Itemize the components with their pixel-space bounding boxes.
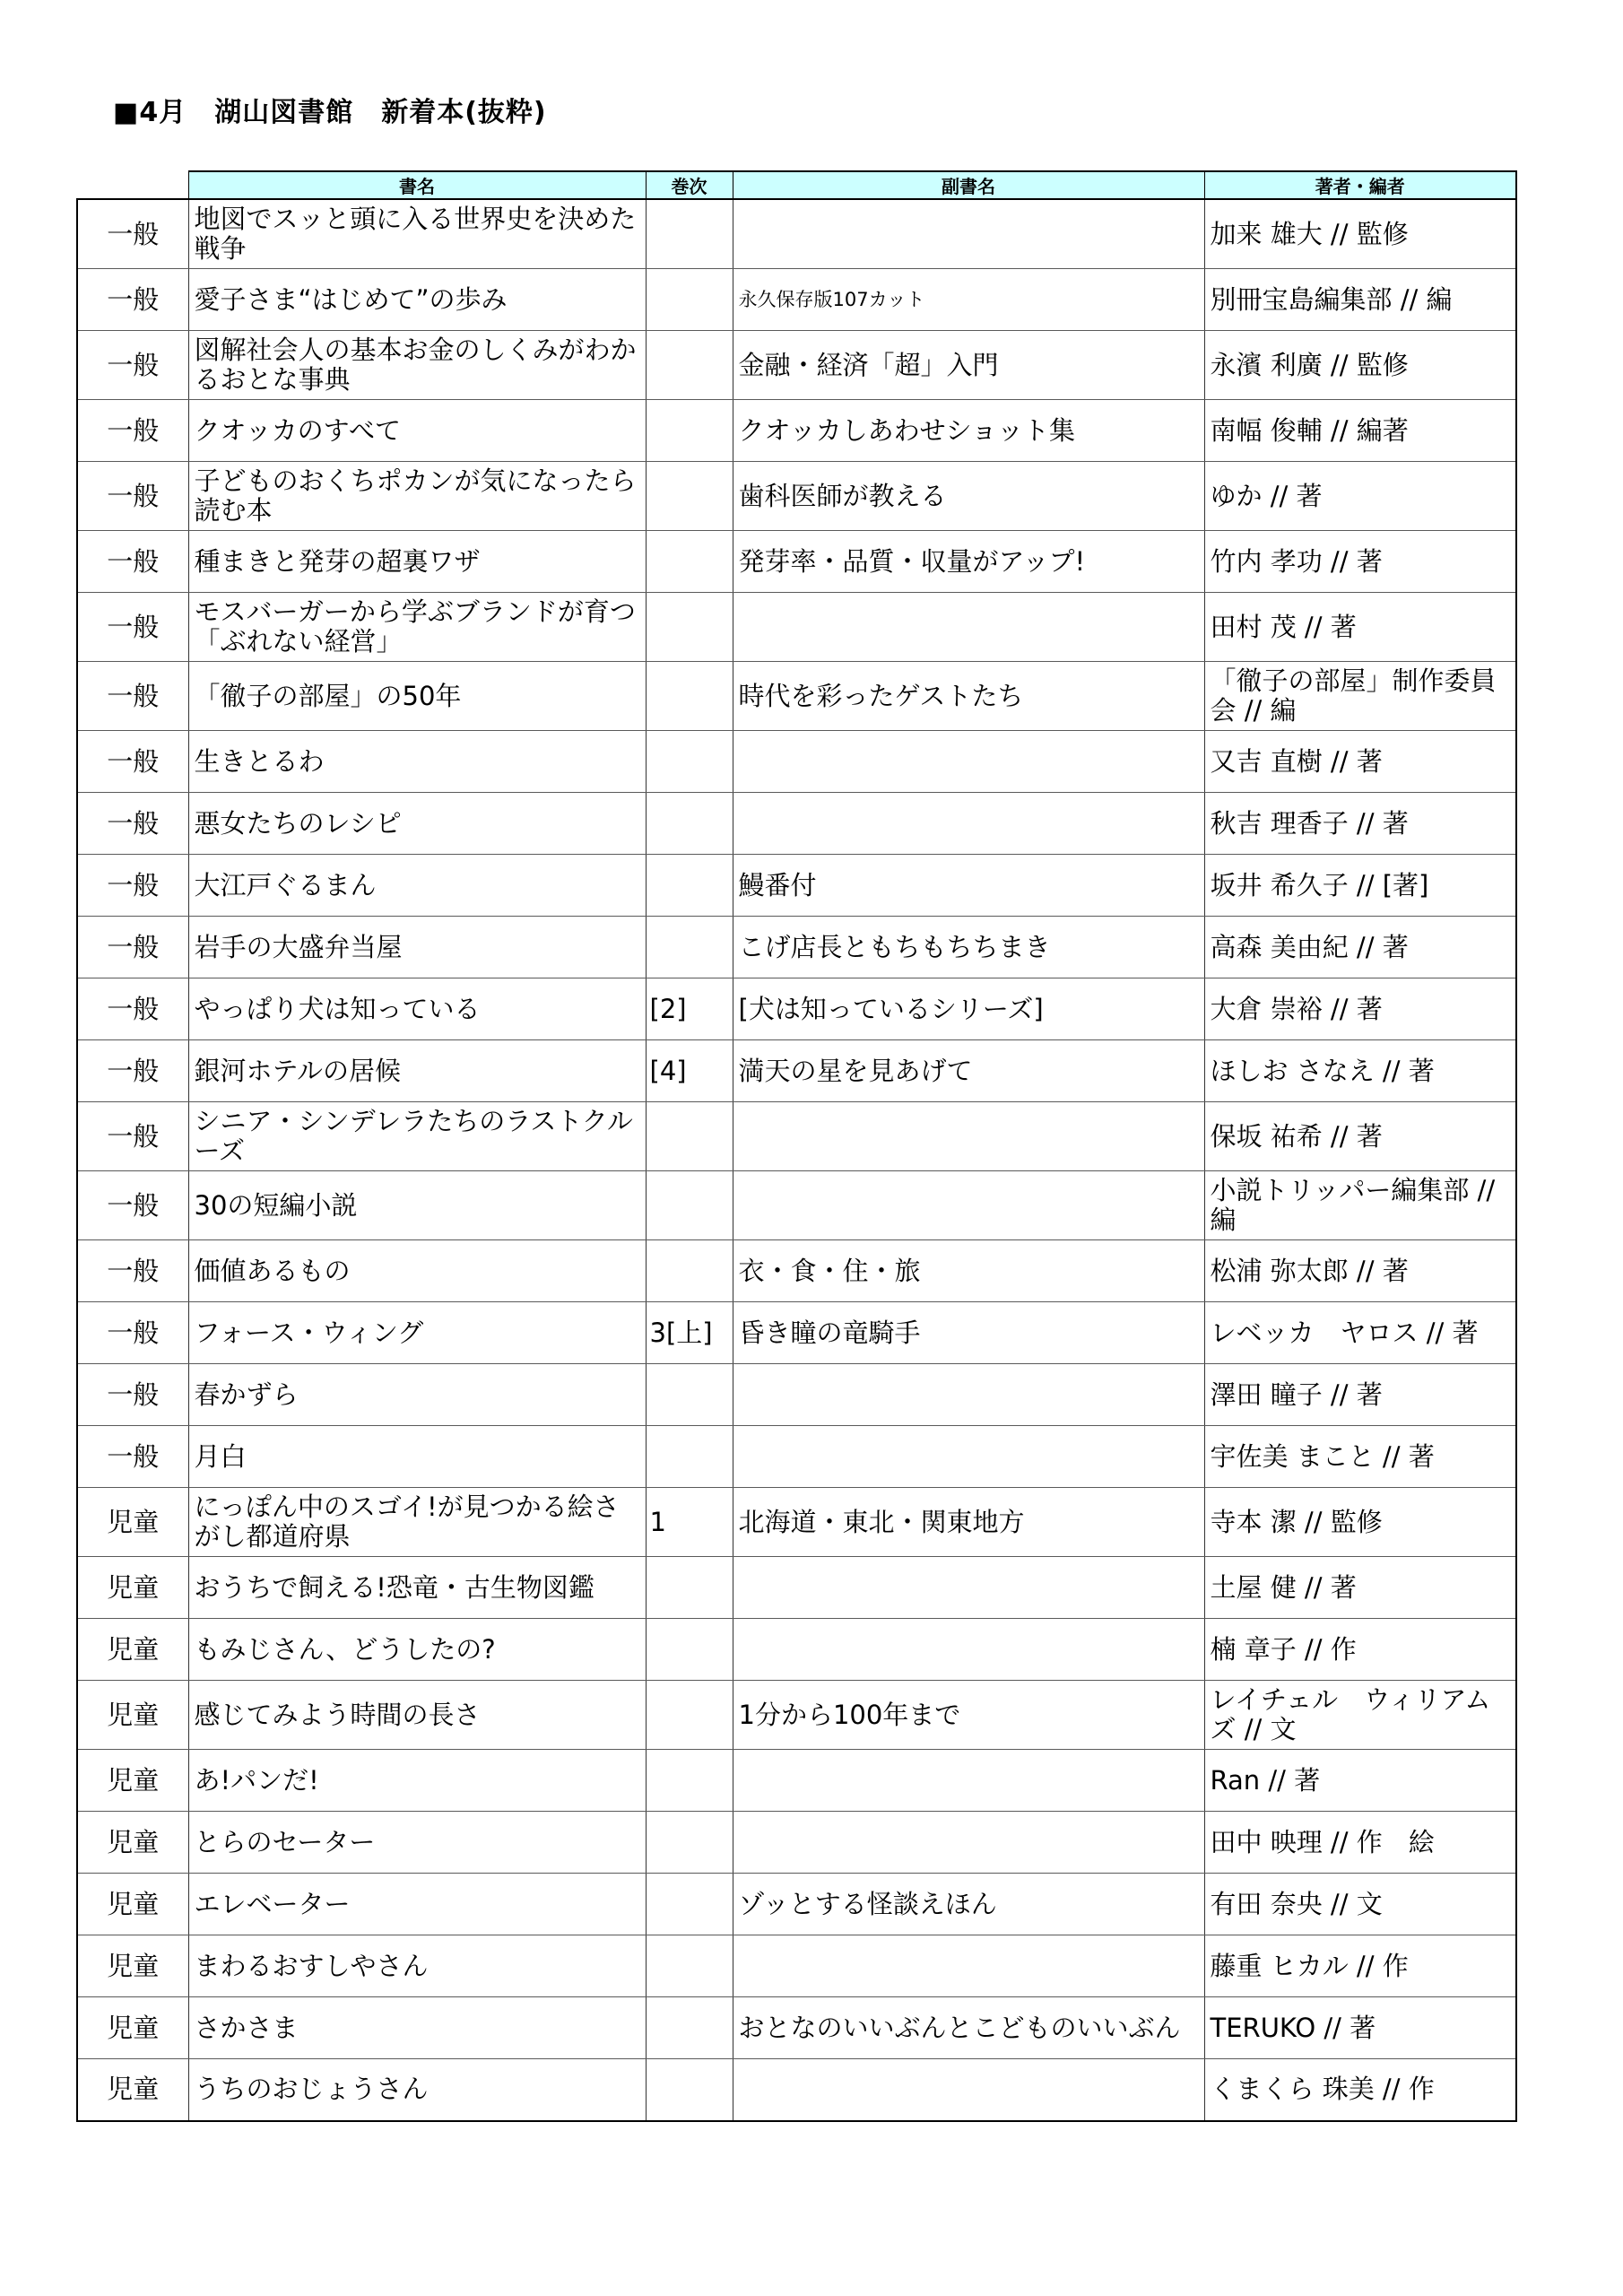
cell-author: 楠 章子 // 作 <box>1204 1619 1516 1681</box>
table-row: 一般悪女たちのレシピ秋吉 理香子 // 著 <box>77 793 1516 855</box>
cell-category: 一般 <box>77 793 188 855</box>
cell-subtitle: クオッカしあわせショット集 <box>733 400 1204 462</box>
cell-author: 土屋 健 // 著 <box>1204 1557 1516 1619</box>
cell-author: 高森 美由紀 // 著 <box>1204 917 1516 978</box>
cell-subtitle: 1分から100年まで <box>733 1681 1204 1750</box>
cell-author: レベッカ ヤロス // 著 <box>1204 1302 1516 1364</box>
cell-author: 田中 映理 // 作 絵 <box>1204 1812 1516 1874</box>
cell-category: 一般 <box>77 1426 188 1488</box>
cell-book-title: 30の短編小説 <box>188 1171 646 1240</box>
table-row: 一般フォース・ウィング3[上]昏き瞳の竜騎手レベッカ ヤロス // 著 <box>77 1302 1516 1364</box>
table-row: 一般やっぱり犬は知っている[2][犬は知っているシリーズ]大倉 崇裕 // 著 <box>77 978 1516 1040</box>
table-row: 児童まわるおすしやさん藤重 ヒカル // 作 <box>77 1935 1516 1997</box>
cell-category: 一般 <box>77 855 188 917</box>
cell-author: 加来 雄大 // 監修 <box>1204 199 1516 269</box>
header-category-spacer <box>77 171 188 199</box>
cell-category: 一般 <box>77 917 188 978</box>
cell-book-title: シニア・シンデレラたちのラストクルーズ <box>188 1102 646 1171</box>
table-row: 一般子どものおくちポカンが気になったら読む本歯科医師が教えるゆか // 著 <box>77 462 1516 531</box>
cell-subtitle <box>733 1426 1204 1488</box>
cell-category: 児童 <box>77 1681 188 1750</box>
table-row: 児童おうちで飼える!恐竜・古生物図鑑土屋 健 // 著 <box>77 1557 1516 1619</box>
table-row: 一般月白宇佐美 まこと // 著 <box>77 1426 1516 1488</box>
cell-subtitle: 鰻番付 <box>733 855 1204 917</box>
cell-book-title: とらのセーター <box>188 1812 646 1874</box>
table-row: 一般愛子さま“はじめて”の歩み永久保存版107カット別冊宝島編集部 // 編 <box>77 269 1516 331</box>
cell-category: 一般 <box>77 269 188 331</box>
cell-subtitle: 発芽率・品質・収量がアップ! <box>733 531 1204 593</box>
cell-volume <box>646 2059 733 2121</box>
cell-subtitle <box>733 1935 1204 1997</box>
cell-author: レイチェル ウィリアムズ // 文 <box>1204 1681 1516 1750</box>
cell-book-title: エレベーター <box>188 1874 646 1935</box>
cell-category: 児童 <box>77 1750 188 1812</box>
cell-book-title: おうちで飼える!恐竜・古生物図鑑 <box>188 1557 646 1619</box>
table-row: 児童にっぽん中のスゴイ!が見つかる絵さがし都道府県1北海道・東北・関東地方寺本 … <box>77 1488 1516 1557</box>
cell-category: 一般 <box>77 662 188 731</box>
cell-category: 一般 <box>77 531 188 593</box>
cell-author: 松浦 弥太郎 // 著 <box>1204 1240 1516 1302</box>
cell-author: 有田 奈央 // 文 <box>1204 1874 1516 1935</box>
cell-author: 宇佐美 まこと // 著 <box>1204 1426 1516 1488</box>
cell-volume: 3[上] <box>646 1302 733 1364</box>
cell-book-title: 月白 <box>188 1426 646 1488</box>
cell-author: 大倉 崇裕 // 著 <box>1204 978 1516 1040</box>
cell-volume <box>646 1240 733 1302</box>
cell-category: 児童 <box>77 1874 188 1935</box>
cell-book-title: にっぽん中のスゴイ!が見つかる絵さがし都道府県 <box>188 1488 646 1557</box>
cell-volume <box>646 1750 733 1812</box>
cell-subtitle: 衣・食・住・旅 <box>733 1240 1204 1302</box>
cell-subtitle <box>733 1557 1204 1619</box>
cell-subtitle: 昏き瞳の竜騎手 <box>733 1302 1204 1364</box>
table-row: 児童もみじさん、どうしたの?楠 章子 // 作 <box>77 1619 1516 1681</box>
cell-subtitle: 北海道・東北・関東地方 <box>733 1488 1204 1557</box>
cell-volume <box>646 1426 733 1488</box>
cell-volume <box>646 1997 733 2059</box>
cell-volume <box>646 1171 733 1240</box>
cell-book-title: うちのおじょうさん <box>188 2059 646 2121</box>
cell-subtitle <box>733 1102 1204 1171</box>
document-page: ■4月 湖山図書館 新着本(抜粋) 書名 巻次 副書名 著者・編者 一般地図でス… <box>0 0 1623 2296</box>
table-row: 児童あ!パンだ!Ran // 著 <box>77 1750 1516 1812</box>
cell-volume <box>646 462 733 531</box>
cell-category: 児童 <box>77 1488 188 1557</box>
cell-author: 別冊宝島編集部 // 編 <box>1204 269 1516 331</box>
cell-author: 藤重 ヒカル // 作 <box>1204 1935 1516 1997</box>
cell-subtitle: 時代を彩ったゲストたち <box>733 662 1204 731</box>
cell-volume: [2] <box>646 978 733 1040</box>
table-row: 一般クオッカのすべてクオッカしあわせショット集南幅 俊輔 // 編著 <box>77 400 1516 462</box>
cell-author: ほしお さなえ // 著 <box>1204 1040 1516 1102</box>
cell-book-title: もみじさん、どうしたの? <box>188 1619 646 1681</box>
header-volume: 巻次 <box>646 171 733 199</box>
cell-category: 児童 <box>77 1557 188 1619</box>
cell-category: 児童 <box>77 2059 188 2121</box>
cell-category: 児童 <box>77 1935 188 1997</box>
table-row: 一般「徹子の部屋」の50年時代を彩ったゲストたち「徹子の部屋」制作委員会 // … <box>77 662 1516 731</box>
cell-category: 一般 <box>77 400 188 462</box>
new-arrivals-table: 書名 巻次 副書名 著者・編者 一般地図でスッと頭に入る世界史を決めた戦争加来 … <box>76 170 1517 2122</box>
header-author-editor: 著者・編者 <box>1204 171 1516 199</box>
cell-volume <box>646 269 733 331</box>
table-row: 一般春かずら澤田 瞳子 // 著 <box>77 1364 1516 1426</box>
cell-subtitle: こげ店長ともちもちちまき <box>733 917 1204 978</box>
cell-author: 竹内 孝功 // 著 <box>1204 531 1516 593</box>
cell-subtitle <box>733 1750 1204 1812</box>
cell-volume <box>646 917 733 978</box>
cell-author: 「徹子の部屋」制作委員会 // 編 <box>1204 662 1516 731</box>
cell-volume <box>646 1935 733 1997</box>
cell-subtitle: 満天の星を見あげて <box>733 1040 1204 1102</box>
table-row: 一般モスバーガーから学ぶブランドが育つ「ぶれない経営」田村 茂 // 著 <box>77 593 1516 662</box>
cell-subtitle: [犬は知っているシリーズ] <box>733 978 1204 1040</box>
cell-subtitle <box>733 593 1204 662</box>
header-book-title: 書名 <box>188 171 646 199</box>
cell-book-title: 種まきと発芽の超裏ワザ <box>188 531 646 593</box>
cell-category: 児童 <box>77 1812 188 1874</box>
cell-volume <box>646 1619 733 1681</box>
cell-volume <box>646 662 733 731</box>
cell-volume <box>646 531 733 593</box>
cell-volume <box>646 1102 733 1171</box>
cell-book-title: 大江戸ぐるまん <box>188 855 646 917</box>
cell-category: 一般 <box>77 1240 188 1302</box>
cell-author: くまくら 珠美 // 作 <box>1204 2059 1516 2121</box>
cell-volume <box>646 1681 733 1750</box>
cell-book-title: あ!パンだ! <box>188 1750 646 1812</box>
cell-book-title: 地図でスッと頭に入る世界史を決めた戦争 <box>188 199 646 269</box>
table-row: 児童さかさまおとなのいいぶんとこどものいいぶんTERUKO // 著 <box>77 1997 1516 2059</box>
cell-volume <box>646 1364 733 1426</box>
cell-author: 小説トリッパー編集部 // 編 <box>1204 1171 1516 1240</box>
cell-category: 一般 <box>77 1364 188 1426</box>
cell-subtitle <box>733 2059 1204 2121</box>
table-row: 児童感じてみよう時間の長さ1分から100年までレイチェル ウィリアムズ // 文 <box>77 1681 1516 1750</box>
cell-subtitle: ゾッとする怪談えほん <box>733 1874 1204 1935</box>
cell-book-title: 悪女たちのレシピ <box>188 793 646 855</box>
cell-volume <box>646 331 733 400</box>
cell-category: 一般 <box>77 1302 188 1364</box>
cell-category: 一般 <box>77 978 188 1040</box>
cell-category: 一般 <box>77 1171 188 1240</box>
cell-subtitle: 歯科医師が教える <box>733 462 1204 531</box>
table-body: 一般地図でスッと頭に入る世界史を決めた戦争加来 雄大 // 監修一般愛子さま“は… <box>77 199 1516 2121</box>
cell-author: ゆか // 著 <box>1204 462 1516 531</box>
cell-author: 坂井 希久子 // [著] <box>1204 855 1516 917</box>
cell-book-title: 春かずら <box>188 1364 646 1426</box>
cell-author: 保坂 祐希 // 著 <box>1204 1102 1516 1171</box>
cell-volume <box>646 1874 733 1935</box>
cell-subtitle <box>733 731 1204 793</box>
table-row: 一般銀河ホテルの居候[4]満天の星を見あげてほしお さなえ // 著 <box>77 1040 1516 1102</box>
cell-book-title: 「徹子の部屋」の50年 <box>188 662 646 731</box>
cell-volume: 1 <box>646 1488 733 1557</box>
table-row: 児童とらのセーター田中 映理 // 作 絵 <box>77 1812 1516 1874</box>
table-row: 一般大江戸ぐるまん鰻番付坂井 希久子 // [著] <box>77 855 1516 917</box>
cell-volume: [4] <box>646 1040 733 1102</box>
cell-book-title: 価値あるもの <box>188 1240 646 1302</box>
cell-category: 一般 <box>77 593 188 662</box>
cell-book-title: まわるおすしやさん <box>188 1935 646 1997</box>
cell-subtitle: 永久保存版107カット <box>733 269 1204 331</box>
table-row: 児童エレベーターゾッとする怪談えほん有田 奈央 // 文 <box>77 1874 1516 1935</box>
cell-author: 永濱 利廣 // 監修 <box>1204 331 1516 400</box>
cell-subtitle: おとなのいいぶんとこどものいいぶん <box>733 1997 1204 2059</box>
cell-subtitle <box>733 1364 1204 1426</box>
cell-book-title: クオッカのすべて <box>188 400 646 462</box>
cell-subtitle <box>733 1812 1204 1874</box>
table-row: 一般生きとるわ又吉 直樹 // 著 <box>77 731 1516 793</box>
cell-book-title: さかさま <box>188 1997 646 2059</box>
cell-volume <box>646 199 733 269</box>
cell-subtitle <box>733 1171 1204 1240</box>
cell-book-title: 図解社会人の基本お金のしくみがわかるおとな事典 <box>188 331 646 400</box>
cell-volume <box>646 593 733 662</box>
cell-book-title: 感じてみよう時間の長さ <box>188 1681 646 1750</box>
cell-volume <box>646 400 733 462</box>
page-title: ■4月 湖山図書館 新着本(抜粋) <box>113 90 547 129</box>
cell-category: 児童 <box>77 1619 188 1681</box>
cell-book-title: 岩手の大盛弁当屋 <box>188 917 646 978</box>
cell-author: 又吉 直樹 // 著 <box>1204 731 1516 793</box>
cell-book-title: 生きとるわ <box>188 731 646 793</box>
cell-subtitle <box>733 793 1204 855</box>
cell-book-title: フォース・ウィング <box>188 1302 646 1364</box>
cell-author: 南幅 俊輔 // 編著 <box>1204 400 1516 462</box>
table-row: 児童うちのおじょうさんくまくら 珠美 // 作 <box>77 2059 1516 2121</box>
cell-subtitle <box>733 199 1204 269</box>
table-row: 一般価値あるもの衣・食・住・旅松浦 弥太郎 // 著 <box>77 1240 1516 1302</box>
table-row: 一般30の短編小説小説トリッパー編集部 // 編 <box>77 1171 1516 1240</box>
table-row: 一般岩手の大盛弁当屋こげ店長ともちもちちまき高森 美由紀 // 著 <box>77 917 1516 978</box>
cell-category: 一般 <box>77 1102 188 1171</box>
cell-book-title: 愛子さま“はじめて”の歩み <box>188 269 646 331</box>
cell-volume <box>646 793 733 855</box>
cell-book-title: モスバーガーから学ぶブランドが育つ「ぶれない経営」 <box>188 593 646 662</box>
cell-category: 一般 <box>77 462 188 531</box>
cell-subtitle: 金融・経済「超」入門 <box>733 331 1204 400</box>
table-row: 一般種まきと発芽の超裏ワザ発芽率・品質・収量がアップ!竹内 孝功 // 著 <box>77 531 1516 593</box>
header-subtitle: 副書名 <box>733 171 1204 199</box>
cell-book-title: やっぱり犬は知っている <box>188 978 646 1040</box>
table-row: 一般シニア・シンデレラたちのラストクルーズ保坂 祐希 // 著 <box>77 1102 1516 1171</box>
cell-category: 一般 <box>77 199 188 269</box>
cell-book-title: 子どものおくちポカンが気になったら読む本 <box>188 462 646 531</box>
cell-author: TERUKO // 著 <box>1204 1997 1516 2059</box>
cell-volume <box>646 1557 733 1619</box>
cell-book-title: 銀河ホテルの居候 <box>188 1040 646 1102</box>
cell-author: 田村 茂 // 著 <box>1204 593 1516 662</box>
cell-volume <box>646 1812 733 1874</box>
cell-category: 児童 <box>77 1997 188 2059</box>
table-row: 一般図解社会人の基本お金のしくみがわかるおとな事典金融・経済「超」入門永濱 利廣… <box>77 331 1516 400</box>
cell-author: 澤田 瞳子 // 著 <box>1204 1364 1516 1426</box>
cell-volume <box>646 731 733 793</box>
cell-author: 寺本 潔 // 監修 <box>1204 1488 1516 1557</box>
cell-category: 一般 <box>77 1040 188 1102</box>
table-header-row: 書名 巻次 副書名 著者・編者 <box>77 171 1516 199</box>
table-row: 一般地図でスッと頭に入る世界史を決めた戦争加来 雄大 // 監修 <box>77 199 1516 269</box>
cell-category: 一般 <box>77 331 188 400</box>
cell-subtitle <box>733 1619 1204 1681</box>
cell-author: Ran // 著 <box>1204 1750 1516 1812</box>
cell-volume <box>646 855 733 917</box>
cell-author: 秋吉 理香子 // 著 <box>1204 793 1516 855</box>
cell-category: 一般 <box>77 731 188 793</box>
